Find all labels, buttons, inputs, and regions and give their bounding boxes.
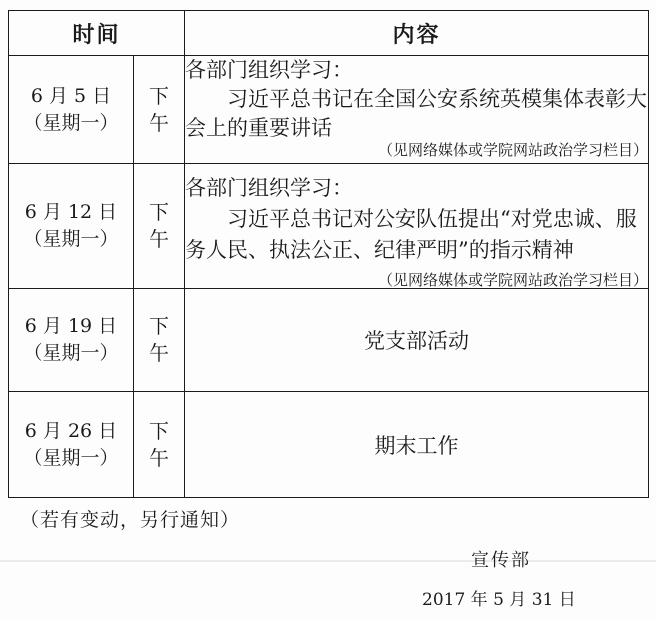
table-row: 6 月 19 日 （星期一） 下 午 党支部活动 [9,289,649,392]
activity-label: 党支部活动 [364,329,469,353]
period-cell: 下 午 [134,392,185,498]
date-label: 6 月 26 日 [9,418,133,445]
study-body: 习近平总书记对公安队伍提出“对党忠诚、服务人民、执法公正、纪律严明”的指示精神 [185,204,648,266]
period-label-line1: 下 [134,199,184,226]
period-label-line2: 午 [134,445,184,472]
study-note: （见网络媒体或学院网站政治学习栏目） [185,143,648,158]
date-cell: 6 月 26 日 （星期一） [9,392,134,498]
period-cell: 下 午 [134,164,185,289]
date-cell: 6 月 19 日 （星期一） [9,289,134,392]
scan-artifact-line [0,560,656,562]
period-label-line2: 午 [134,340,184,367]
activity-label: 期末工作 [375,434,459,458]
date-cell: 6 月 12 日 （星期一） [9,164,134,289]
period-label-line2: 午 [134,226,184,253]
schedule-table: 时间 内容 6 月 5 日 （星期一） 下 午 各部门组织学习： 习近平总书记在… [8,10,649,498]
table-row: 6 月 12 日 （星期一） 下 午 各部门组织学习： 习近平总书记对公安队伍提… [9,164,649,289]
period-label-line1: 下 [134,313,184,340]
date-label: 6 月 19 日 [9,313,133,340]
table-header-row: 时间 内容 [9,11,649,56]
header-time-cell: 时间 [9,11,185,56]
period-label-line1: 下 [134,418,184,445]
weekday-label: （星期一） [9,445,133,472]
content-cell: 期末工作 [185,392,649,498]
weekday-label: （星期一） [9,110,133,137]
header-content-cell: 内容 [185,11,649,56]
study-note: （见网络媒体或学院网站政治学习栏目） [185,273,648,288]
study-body: 习近平总书记在全国公安系统英模集体表彰大会上的重要讲话 [185,85,648,143]
remark-note: （若有变动，另行通知） [20,508,240,532]
period-label-line1: 下 [134,83,184,110]
header-time-label: 时间 [73,22,121,48]
study-lead: 各部门组织学习： [185,173,648,204]
header-content-label: 内容 [393,22,441,48]
date-label: 6 月 5 日 [9,83,133,110]
date-label: 6 月 12 日 [9,199,133,226]
content-cell: 各部门组织学习： 习近平总书记在全国公安系统英模集体表彰大会上的重要讲话 （见网… [185,56,649,164]
table-row: 6 月 26 日 （星期一） 下 午 期末工作 [9,392,649,498]
weekday-label: （星期一） [9,340,133,367]
content-cell: 党支部活动 [185,289,649,392]
signature-date: 2017 年 5 月 31 日 [422,589,576,611]
notice-sheet: 时间 内容 6 月 5 日 （星期一） 下 午 各部门组织学习： 习近平总书记在… [0,0,656,620]
date-cell: 6 月 5 日 （星期一） [9,56,134,164]
content-cell: 各部门组织学习： 习近平总书记对公安队伍提出“对党忠诚、服务人民、执法公正、纪律… [185,164,649,289]
weekday-label: （星期一） [9,226,133,253]
period-cell: 下 午 [134,56,185,164]
table-row: 6 月 5 日 （星期一） 下 午 各部门组织学习： 习近平总书记在全国公安系统… [9,56,649,164]
study-lead: 各部门组织学习： [185,56,648,85]
signature-dept: 宣传部 [471,550,531,572]
period-label-line2: 午 [134,110,184,137]
period-cell: 下 午 [134,289,185,392]
